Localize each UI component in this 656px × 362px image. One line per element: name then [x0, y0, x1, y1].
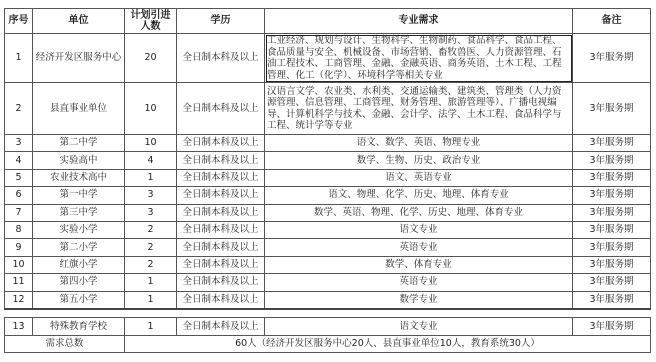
cell-education: 全日制本科及以上 [177, 135, 265, 152]
cell-majors: 语文专业 [265, 221, 573, 238]
cell-education: 全日制本科及以上 [177, 152, 265, 169]
cell-count: 3 [125, 204, 177, 221]
table-row: 6 第一中学 3 全日制本科及以上 语文、物理、化学、历史、地理、体育专业 3年… [5, 187, 651, 204]
cell-education: 全日制本科及以上 [177, 204, 265, 221]
table-row: 11 第四小学 1 全日制本科及以上 英语专业 3年服务期 [5, 274, 651, 291]
cell-index: 13 [5, 318, 33, 336]
table-row: 3 第二中学 10 全日制本科及以上 语文、数学、英语、物理专业 3年服务期 [5, 135, 651, 152]
cell-education: 全日制本科及以上 [177, 239, 265, 256]
cell-count: 4 [125, 152, 177, 169]
cell-unit: 第二小学 [33, 239, 125, 256]
cell-index: 9 [5, 239, 33, 256]
cell-majors: 语文、数学、英语、物理专业 [265, 135, 573, 152]
cell-education: 全日制本科及以上 [177, 256, 265, 273]
table-row: 2 县直事业单位 10 全日制本科及以上 汉语言文学、农业类、水利类、交通运输类… [5, 83, 651, 135]
cell-remark: 3年服务期 [573, 187, 651, 204]
cell-majors: 汉语言文学、农业类、水利类、交通运输类、建筑类、管理类（人力资源管理、信息管理、… [265, 83, 573, 135]
cell-majors: 语文、物理、化学、历史、地理、体育专业 [265, 187, 573, 204]
total-row: 需求总数 60人（经济开发区服务中心20人、县直事业单位10人，教育系统30人） [5, 336, 651, 353]
cell-remark: 3年服务期 [573, 204, 651, 221]
header-planned-count: 计划引进人数 [125, 9, 177, 34]
recruitment-table: 序号 单位 计划引进人数 学历 专业需求 备注 1 经济开发区服务中心 20 全… [4, 8, 651, 310]
cell-count: 20 [125, 34, 177, 83]
cell-unit: 农业技术高中 [33, 169, 125, 186]
cell-majors: 语文专业 [265, 318, 573, 336]
cell-index: 8 [5, 221, 33, 238]
cell-index: 4 [5, 152, 33, 169]
cell-majors: 语文、英语专业 [265, 169, 573, 186]
cell-remark: 3年服务期 [573, 239, 651, 256]
table-row: 7 第三中学 3 全日制本科及以上 数学、英语、物理、化学、历史、地理、体育专业… [5, 204, 651, 221]
table-row: 5 农业技术高中 1 全日制本科及以上 语文、英语专业 3年服务期 [5, 169, 651, 186]
cell-index: 10 [5, 256, 33, 273]
cell-unit: 实验小学 [33, 221, 125, 238]
cell-unit: 第二中学 [33, 135, 125, 152]
cell-unit: 特殊教育学校 [33, 318, 125, 336]
header-remarks: 备注 [573, 9, 651, 34]
cell-count: 1 [125, 291, 177, 309]
cell-unit: 县直事业单位 [33, 83, 125, 135]
table-row: 1 经济开发区服务中心 20 全日制本科及以上 工业经济、规划与设计、生物科学、… [5, 34, 651, 83]
cell-index: 3 [5, 135, 33, 152]
cell-education: 全日制本科及以上 [177, 83, 265, 135]
cell-unit: 红旗小学 [33, 256, 125, 273]
cell-education: 全日制本科及以上 [177, 169, 265, 186]
cell-index: 6 [5, 187, 33, 204]
cell-majors: 英语专业 [265, 239, 573, 256]
cell-majors: 数学、生物、历史、政治专业 [265, 152, 573, 169]
cell-unit: 第一中学 [33, 187, 125, 204]
cell-education: 全日制本科及以上 [177, 274, 265, 291]
cell-education: 全日制本科及以上 [177, 318, 265, 336]
cell-majors: 数学、英语、物理、化学、历史、地理、体育专业 [265, 204, 573, 221]
cell-majors: 数学专业 [265, 291, 573, 309]
cell-count: 10 [125, 83, 177, 135]
cell-count: 2 [125, 256, 177, 273]
total-value: 60人（经济开发区服务中心20人、县直事业单位10人，教育系统30人） [125, 336, 651, 353]
cell-count: 1 [125, 318, 177, 336]
header-education: 学历 [177, 9, 265, 34]
cell-count: 2 [125, 221, 177, 238]
cell-remark: 3年服务期 [573, 318, 651, 336]
total-label: 需求总数 [5, 336, 125, 353]
cell-index: 12 [5, 291, 33, 309]
cell-unit: 第五小学 [33, 291, 125, 309]
header-unit: 单位 [33, 9, 125, 34]
header-index: 序号 [5, 9, 33, 34]
cell-remark: 3年服务期 [573, 221, 651, 238]
cell-education: 全日制本科及以上 [177, 187, 265, 204]
cell-index: 2 [5, 83, 33, 135]
cell-majors: 数学、体育专业 [265, 256, 573, 273]
cell-remark: 3年服务期 [573, 169, 651, 186]
table-row: 9 第二小学 2 全日制本科及以上 英语专业 3年服务期 [5, 239, 651, 256]
cell-count: 2 [125, 239, 177, 256]
table-row: 4 实验高中 4 全日制本科及以上 数学、生物、历史、政治专业 3年服务期 [5, 152, 651, 169]
cell-unit: 实验高中 [33, 152, 125, 169]
recruitment-table-continued: 13 特殊教育学校 1 全日制本科及以上 语文专业 3年服务期 需求总数 60人… [4, 317, 651, 353]
table-row: 8 实验小学 2 全日制本科及以上 语文专业 3年服务期 [5, 221, 651, 238]
cell-count: 1 [125, 169, 177, 186]
cell-unit: 第四小学 [33, 274, 125, 291]
table-row: 12 第五小学 1 全日制本科及以上 数学专业 3年服务期 [5, 291, 651, 309]
cell-majors[interactable]: 工业经济、规划与设计、生物科学、生物制药、食品科学、食品工程、食品质量与安全、机… [265, 34, 573, 83]
cell-remark: 3年服务期 [573, 274, 651, 291]
cell-remark: 3年服务期 [573, 256, 651, 273]
cell-count: 3 [125, 187, 177, 204]
cell-count: 1 [125, 274, 177, 291]
cell-education: 全日制本科及以上 [177, 34, 265, 83]
cell-remark: 3年服务期 [573, 291, 651, 309]
cell-unit: 第三中学 [33, 204, 125, 221]
table-row: 13 特殊教育学校 1 全日制本科及以上 语文专业 3年服务期 [5, 318, 651, 336]
cell-remark: 3年服务期 [573, 34, 651, 83]
cell-index: 5 [5, 169, 33, 186]
cell-index: 1 [5, 34, 33, 83]
header-row: 序号 单位 计划引进人数 学历 专业需求 备注 [5, 9, 651, 34]
cell-education: 全日制本科及以上 [177, 291, 265, 309]
cell-count: 10 [125, 135, 177, 152]
cell-education: 全日制本科及以上 [177, 221, 265, 238]
cell-remark: 3年服务期 [573, 135, 651, 152]
cell-remark: 3年服务期 [573, 152, 651, 169]
cell-index: 7 [5, 204, 33, 221]
cell-remark: 3年服务期 [573, 83, 651, 135]
cell-index: 11 [5, 274, 33, 291]
header-major-requirements: 专业需求 [265, 9, 573, 34]
cell-unit: 经济开发区服务中心 [33, 34, 125, 83]
cell-majors: 英语专业 [265, 274, 573, 291]
table-row: 10 红旗小学 2 全日制本科及以上 数学、体育专业 3年服务期 [5, 256, 651, 273]
